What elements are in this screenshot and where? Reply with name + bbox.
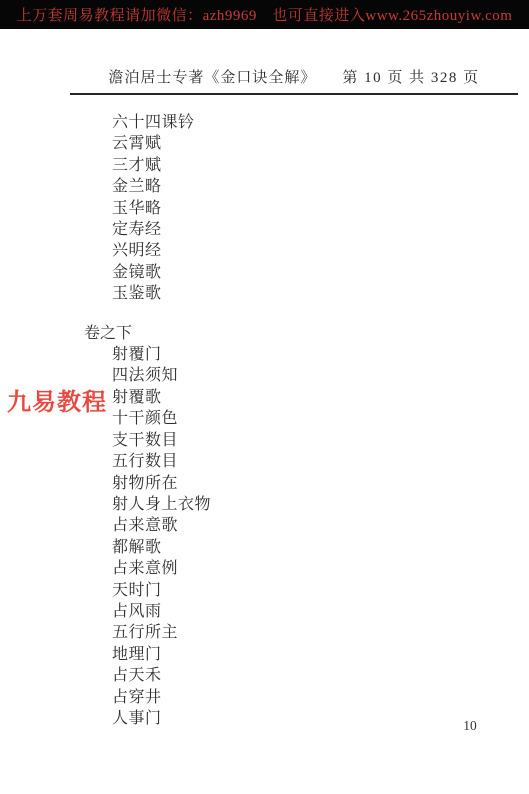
toc-item: 射人身上衣物 bbox=[112, 494, 529, 515]
toc-item: 金镜歌 bbox=[112, 262, 529, 283]
toc-item: 占来意例 bbox=[112, 558, 529, 579]
toc-item: 占天禾 bbox=[112, 665, 529, 686]
toc-item: 三才赋 bbox=[112, 155, 529, 176]
toc-item: 射覆歌 bbox=[112, 387, 529, 408]
toc-item: 支干数目 bbox=[112, 430, 529, 451]
toc-item: 占穿井 bbox=[112, 687, 529, 708]
toc-volume-heading: 卷之下 bbox=[84, 323, 529, 344]
toc-item: 兴明经 bbox=[112, 240, 529, 261]
book-title: 澹泊居士专著《金口诀全解》 bbox=[108, 70, 316, 86]
toc-item: 四法须知 bbox=[112, 365, 529, 386]
page-number: 10 bbox=[450, 718, 490, 734]
toc-item: 地理门 bbox=[112, 644, 529, 665]
toc-item: 天时门 bbox=[112, 580, 529, 601]
page-info: 第 10 页 共 328 页 bbox=[342, 70, 479, 86]
promo-banner-text: 上万套周易教程请加微信：azh9969 也可直接进入www.265zhouyiw… bbox=[17, 4, 513, 25]
red-watermark: 九易教程 bbox=[7, 382, 107, 417]
toc-item: 射覆门 bbox=[112, 344, 529, 365]
toc-item: 占风雨 bbox=[112, 601, 529, 622]
table-of-contents: 六十四课钤云霄赋三才赋金兰略玉华略定寿经兴明经金镜歌玉鉴歌 卷之下 射覆门四法须… bbox=[0, 112, 529, 729]
toc-item: 射物所在 bbox=[112, 473, 529, 494]
toc-item: 十干颜色 bbox=[112, 408, 529, 429]
toc-section-volume-one-items: 六十四课钤云霄赋三才赋金兰略玉华略定寿经兴明经金镜歌玉鉴歌 bbox=[112, 112, 529, 305]
toc-item: 玉鉴歌 bbox=[112, 283, 529, 304]
toc-item: 六十四课钤 bbox=[112, 112, 529, 133]
toc-item: 五行所主 bbox=[112, 622, 529, 643]
toc-section-volume-two-items: 射覆门四法须知射覆歌十干颜色支干数目五行数目射物所在射人身上衣物占来意歌都解歌占… bbox=[112, 344, 529, 729]
toc-item: 玉华略 bbox=[112, 198, 529, 219]
toc-item: 五行数目 bbox=[112, 451, 529, 472]
toc-item: 定寿经 bbox=[112, 219, 529, 240]
running-header: 澹泊居士专著《金口诀全解》第 10 页 共 328 页 bbox=[70, 66, 518, 95]
document-page: 上万套周易教程请加微信：azh9969 也可直接进入www.265zhouyiw… bbox=[0, 0, 529, 794]
toc-item: 都解歌 bbox=[112, 537, 529, 558]
toc-item: 占来意歌 bbox=[112, 515, 529, 536]
toc-item: 金兰略 bbox=[112, 176, 529, 197]
toc-item: 云霄赋 bbox=[112, 133, 529, 154]
promo-banner: 上万套周易教程请加微信：azh9969 也可直接进入www.265zhouyiw… bbox=[0, 0, 529, 29]
